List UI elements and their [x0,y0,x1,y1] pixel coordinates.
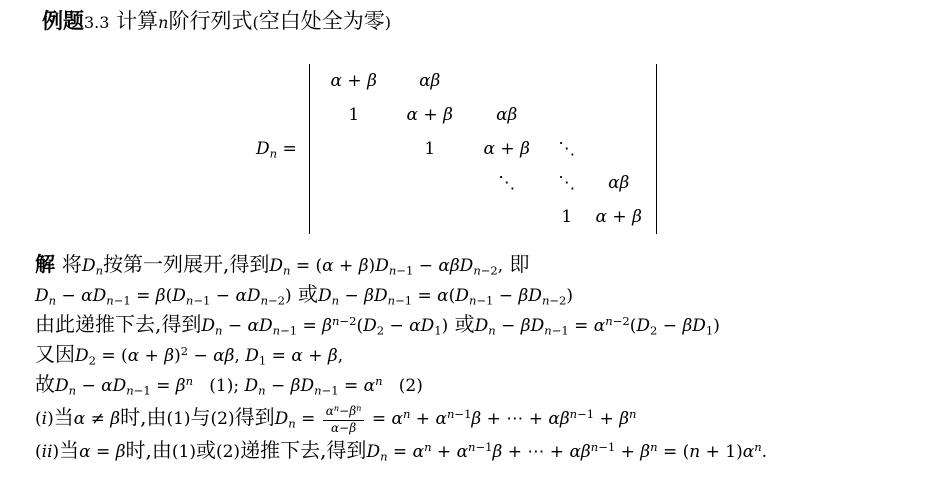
math-run: + [607,207,632,227]
subscript: n [69,383,76,397]
matrix-cell: α + β [470,139,544,159]
math-run: = [131,286,156,306]
math-run: α [128,346,139,366]
math-run: −1 [598,440,615,454]
subscript: n−2 [473,263,497,277]
text-segment: 解 [35,252,62,276]
subscript: n−1 [469,293,493,307]
math-run: D [375,256,389,276]
math-run: α [79,442,90,462]
text-segment: 或 [448,312,474,336]
text-segment: 阶行列式 [168,9,252,33]
math-segment: n [158,13,168,32]
math-run: n [96,263,103,277]
math-run: D [636,316,650,336]
subscript: n [96,263,103,277]
math-run: D [201,316,215,336]
math-run: β [632,207,642,227]
text-segment: 例题 [42,8,84,33]
math-run: α [457,442,468,462]
math-run: + ⋯ + [481,409,548,429]
text-segment: 将 [62,252,82,276]
math-run: = ( [290,256,322,276]
subscript: n−1 [314,383,338,397]
math-segment: Dn − βDn−1 = αn−2(D2 − βD1) [475,316,720,336]
math-run: + [334,256,359,276]
math-run: αD [101,376,126,396]
math-run: −1 [114,293,131,307]
subscript: n−1 [273,323,297,337]
determinant-matrix: α + βαβ1α + βαβ1α + β⋱⋱⋱αβ1α + β [309,64,657,234]
math-run: −2 [481,263,498,277]
math-run: 2 [89,353,96,367]
math-run: (1) [172,442,196,462]
text-segment: 计算 [109,9,158,33]
math-run: = [297,316,322,336]
math-run: ) [566,286,573,306]
math-run: + [410,409,435,429]
text-segment: 或 [292,282,318,306]
subscript: n [270,146,277,160]
math-run: β [176,376,186,396]
math-run: α [331,71,342,91]
math-run: (2) [216,442,240,462]
math-run: −2 [339,314,356,328]
math-run: n [380,449,387,463]
math-run: D [363,316,377,336]
math-run: n [544,323,551,337]
math-run: = ( [658,442,690,462]
math-run: D [75,346,89,366]
math-run: n [356,403,361,413]
math-run: , [338,346,343,366]
math-run: 2 [181,344,188,358]
math-run: − [339,404,349,418]
math-run: ) [285,286,292,306]
text-segment: 递推下去,得到 [240,438,366,462]
math-run: + [432,442,457,462]
math-run: −1 [322,383,339,397]
math-run: n [388,293,395,307]
math-segment: 3.3 [84,13,109,32]
math-run: n [288,416,295,430]
math-run: = ( [96,346,128,366]
math-run: α [437,286,448,306]
solution-line-2: Dn − αDn−1 = β(Dn−1 − αDn−2) 或Dn − βDn−1… [35,279,767,309]
math-run: ) [174,346,181,366]
math-run: ⋱ [498,173,515,193]
math-run: n [106,293,113,307]
math-segment: Dn [82,256,103,276]
subscript: 1 [434,323,441,337]
math-segment: Dn = αn + αn−1β + ⋯ + αβn−1 + βn = (n + … [366,442,767,462]
math-run: − [56,286,81,306]
superscript: n [356,403,361,413]
math-run: 1 [348,105,359,125]
math-segment: (2) [216,442,240,462]
text-segment: 即 [503,252,529,276]
math-run: n [314,383,321,397]
text-segment: 或 [196,438,216,462]
math-segment: Dn = (α + β)Dn−1 − αβDn−2, [269,256,503,276]
math-run: αD [248,316,273,336]
math-segment: (1) [166,409,190,429]
math-run: D [55,376,69,396]
math-run: 1 [561,207,572,227]
math-run: + [342,71,367,91]
math-run: β [328,346,338,366]
math-run: − [222,316,247,336]
math-run: n [424,440,431,454]
math-run: (1); [193,376,244,396]
fraction-numerator: αn−βn [323,405,365,421]
math-run: D [256,139,270,159]
math-run: −1 [454,407,471,421]
subscript: n [258,383,265,397]
matrix-cell: 1 [544,207,590,227]
math-run: α [435,409,446,429]
math-run: n [754,440,761,454]
superscript: n−1 [447,407,471,421]
math-run: n [261,293,268,307]
math-run: ) [47,409,54,429]
text-segment: 得到 [235,405,275,429]
math-run: αD [409,316,434,336]
matrix-cell: α + β [590,207,648,227]
math-run: β [640,442,650,462]
math-run: − [657,316,682,336]
math-run: = [339,376,364,396]
math-run: − [413,256,438,276]
math-run: = [569,316,594,336]
matrix-cell: αβ [390,71,470,91]
math-run: −2 [613,314,630,328]
page-title: 例题3.3 计算n阶行列式(空白处全为零) [42,6,391,36]
math-segment: (2) [211,409,235,429]
math-segment: α ≠ β [74,409,120,429]
math-run: − [210,286,235,306]
math-run: −1 [193,293,210,307]
math-run: ) [713,316,720,336]
math-run: = [412,286,437,306]
solution-line-1: 解 将Dn按第一列展开,得到Dn = (α + β)Dn−1 − αβDn−2,… [35,249,767,279]
subscript: n−1 [389,263,413,277]
superscript: n [650,440,657,454]
math-run: αβ [496,105,517,125]
math-run: α [743,442,754,462]
math-run: n [270,146,277,160]
math-segment: (1) [172,442,196,462]
math-run: β [349,421,356,435]
math-run: 1 [434,323,441,337]
superscript: n−2 [332,314,356,328]
math-run: = [277,139,297,159]
math-run: D [318,286,332,306]
superscript: n [375,374,382,388]
math-run: = [266,346,291,366]
math-run: βD [364,286,387,306]
math-run: β [164,346,174,366]
math-run: α [594,316,605,336]
text-segment: 按第一列展开,得到 [103,252,269,276]
math-run: ii [42,442,53,462]
subscript: n [49,293,56,307]
math-run: α [391,409,402,429]
math-run: D [455,286,469,306]
subscript: n [380,449,387,463]
math-run: α [74,409,85,429]
solution-line-4: 又因D2 = (α + β)2 − αβ, D1 = α + β, [35,339,767,369]
math-run: β [156,286,166,306]
superscript: n−1 [468,440,492,454]
math-run: 2 [377,323,384,337]
math-run: n [650,440,657,454]
math-run: − [339,286,364,306]
text-segment: 又因 [35,342,75,366]
solution-line-6: (i)当α ≠ β时,由(1)与(2)得到Dn = αn−βnα−β = αn … [35,402,767,432]
math-run: α [326,404,334,418]
superscript: 2 [181,344,188,358]
math-run: n [570,407,577,421]
text-segment: 时,由 [120,405,166,429]
math-run: , [234,346,245,366]
fraction-denominator: α−β [323,421,365,436]
math-run: 3.3 [84,13,109,32]
math-run: ≠ [85,409,110,429]
math-run: αβD [438,256,473,276]
math-run: = [388,442,413,462]
math-run: n [605,314,612,328]
math-run: = [91,442,116,462]
math-segment: (i) [35,409,54,429]
math-run: β [443,105,453,125]
solution-line-3: 由此递推下去,得到Dn − αDn−1 = βn−2(D2 − αD1) 或Dn… [35,309,767,339]
math-run: βD [518,286,541,306]
math-segment: ) [385,13,391,32]
matrix-cell: 1 [390,139,470,159]
math-run: D [366,442,380,462]
math-run: − [76,376,101,396]
text-segment: 当 [54,405,74,429]
superscript: n [754,440,761,454]
math-run: α [364,376,375,396]
matrix-cell: α + β [318,71,390,91]
subscript: 2 [377,323,384,337]
math-run: D [269,256,283,276]
fraction: αn−βnα−β [323,405,365,436]
math-run: α [331,421,339,435]
math-run: αD [81,286,106,306]
subscript: n−1 [186,293,210,307]
math-run: β [359,256,369,276]
math-run: D [245,346,259,366]
matrix-cell: α + β [390,105,470,125]
math-run: − [493,286,518,306]
math-run: n [69,383,76,397]
subscript: n [288,416,295,430]
math-run: D [245,376,259,396]
math-run: + ⋯ + [502,442,569,462]
math-run: n [158,13,168,32]
math-run: αβ [213,346,234,366]
math-run: − [339,421,349,435]
subscript: n [488,323,495,337]
math-run: −2 [268,293,285,307]
superscript: n [424,440,431,454]
math-run: (1) [166,409,190,429]
math-run: ( [35,442,42,462]
math-run: −1 [134,383,151,397]
determinant-block: Dn = α + βαβ1α + βαβ1α + β⋱⋱⋱αβ1α + β [256,64,657,234]
text-segment: 由此递推下去,得到 [35,312,201,336]
math-segment: (ii) [35,442,59,462]
solution-line-7: (ii)当α = β时,由(1)或(2)递推下去,得到Dn = αn + αn−… [35,435,767,465]
determinant-lhs: Dn = [256,139,297,159]
math-run: + [615,442,640,462]
math-run: n [689,442,700,462]
math-segment: Dn − αDn−1 = βn−2(D2 − αD1) [201,316,448,336]
math-run: + [139,346,164,366]
math-run: + 1) [700,442,743,462]
math-run: −1 [280,323,297,337]
matrix-cell: 1 [318,105,390,125]
math-run: β [520,139,530,159]
math-run: (2) [211,409,235,429]
subscript: n−1 [544,323,568,337]
matrix-cell: ⋱ [544,139,590,159]
math-run: αβ [548,409,569,429]
math-run: − [496,316,521,336]
math-segment: Dn − αDn−1 = β(Dn−1 − αDn−2) [35,286,292,306]
math-run: − [384,316,409,336]
math-run: β [116,442,126,462]
subscript: n−1 [388,293,412,307]
math-run: n [332,293,339,307]
math-run: αβ [569,442,590,462]
math-run: β [110,409,120,429]
subscript: n−1 [106,293,130,307]
math-run: + [303,346,328,366]
superscript: n−2 [605,314,629,328]
math-run: ) [385,13,391,32]
math-run: + [418,105,443,125]
math-run: ( [35,409,42,429]
math-run: n [488,323,495,337]
math-run: D [172,286,186,306]
solution-text: 解 将Dn按第一列展开,得到Dn = (α + β)Dn−1 − αβDn−2,… [35,249,767,465]
text-segment: 与 [191,405,211,429]
superscript: n−1 [570,407,594,421]
math-run: − [266,376,291,396]
math-run: D [475,316,489,336]
math-run: ⋱ [558,173,575,193]
math-run: −1 [396,263,413,277]
matrix-cell: αβ [470,105,544,125]
math-run: −1 [552,323,569,337]
math-segment: = αn + αn−1β + ⋯ + αβn−1 + βn [366,409,636,429]
math-run: −1 [395,293,412,307]
math-run: α [291,346,302,366]
math-run: = [296,409,321,429]
text-segment: 故 [35,372,55,396]
math-run: β [322,316,332,336]
math-run: (2) [383,376,423,396]
math-run: αD [235,286,260,306]
superscript: n−1 [591,440,615,454]
subscript: n−2 [261,293,285,307]
subscript: n−2 [542,293,566,307]
math-run: + [495,139,520,159]
math-run: β [493,442,503,462]
math-run: α [413,442,424,462]
math-run: − [188,346,213,366]
math-run: + [594,409,619,429]
math-run: αβ [419,71,440,91]
math-run: β [619,409,629,429]
matrix-cell: ⋱ [544,173,590,193]
math-run: n [186,374,193,388]
document-page: 例题3.3 计算n阶行列式(空白处全为零) Dn = α + βαβ1α + β… [0,0,931,477]
math-run: βD [291,376,314,396]
matrix-cell: αβ [590,173,648,193]
math-run: D [35,286,49,306]
math-run: . [762,442,767,462]
text-segment: 空白处全为零 [259,9,385,33]
math-run: D [82,256,96,276]
math-run: −1 [475,440,492,454]
math-run: = [366,409,391,429]
math-run: α [596,207,607,227]
math-run: D [275,409,289,429]
math-run: n [273,323,280,337]
subscript: n−1 [126,383,150,397]
math-run: n [258,383,265,397]
math-segment: Dn − αDn−1 = βn (1); Dn − βDn−1 = αn (2) [55,376,423,396]
math-run: ⋱ [558,139,575,159]
math-run: n [473,263,480,277]
math-segment: Dn − βDn−1 = α(Dn−1 − βDn−2) [318,286,573,306]
math-segment: Dn = [275,409,321,429]
text-segment: 当 [59,438,79,462]
superscript: n [629,407,636,421]
math-run: n [629,407,636,421]
math-run: = [151,376,176,396]
math-run: βD [682,316,705,336]
math-run: n [126,383,133,397]
math-run: α [484,139,495,159]
math-run: α [407,105,418,125]
math-run: −2 [549,293,566,307]
math-run: −1 [476,293,493,307]
math-run: βD [521,316,544,336]
math-run: n [375,374,382,388]
math-run: −1 [577,407,594,421]
math-segment: α = β [79,442,125,462]
math-run: 1 [424,139,435,159]
subscript: 2 [89,353,96,367]
math-run: α [322,256,333,276]
math-run: β [367,71,377,91]
text-segment: 时,由 [126,438,172,462]
matrix-cell: ⋱ [470,173,544,193]
math-run: αβ [608,173,629,193]
solution-line-5: 故Dn − αDn−1 = βn (1); Dn − βDn−1 = αn (2… [35,369,767,399]
superscript: n [186,374,193,388]
math-run: n [49,293,56,307]
subscript: n [332,293,339,307]
math-run: β [471,409,481,429]
math-segment: D2 = (α + β)2 − αβ, D1 = α + β, [75,346,343,366]
